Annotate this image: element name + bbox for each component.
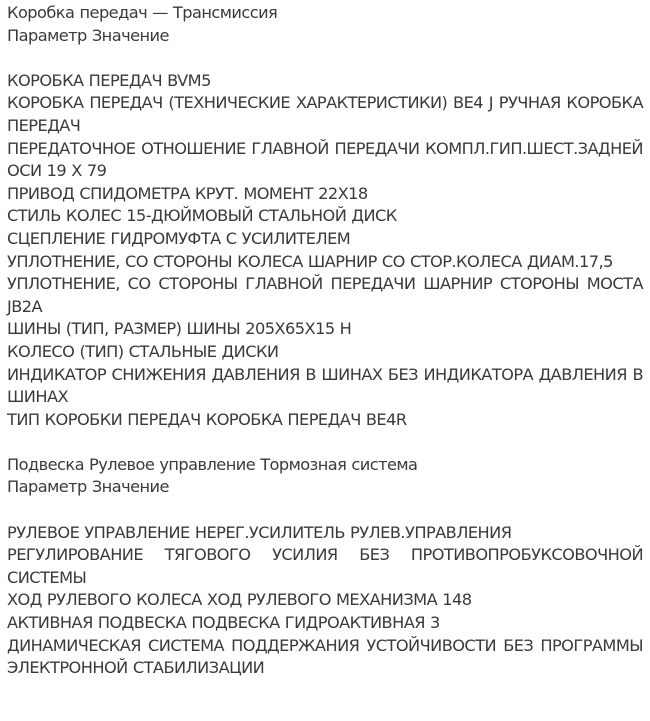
spec-row: РЕГУЛИРОВАНИЕ ТЯГОВОГО УСИЛИЯ БЕЗ ПРОТИВ…: [7, 544, 643, 589]
section-title: Коробка передач — Трансмиссия: [7, 2, 643, 25]
column-headers: Параметр Значение: [7, 476, 643, 499]
spec-row: ШИНЫ (ТИП, РАЗМЕР) ШИНЫ 205X65X15 H: [7, 318, 643, 341]
spec-row: ПРИВОД СПИДОМЕТРА КРУТ. МОМЕНТ 22X18: [7, 183, 643, 206]
spec-row: ДИНАМИЧЕСКАЯ СИСТЕМА ПОДДЕРЖАНИЯ УСТОЙЧИ…: [7, 635, 643, 680]
spec-row: РУЛЕВОЕ УПРАВЛЕНИЕ НЕРЕГ.УСИЛИТЕЛЬ РУЛЕВ…: [7, 522, 643, 545]
section-header: Подвеска Рулевое управление Тормозная си…: [7, 454, 643, 499]
document: Коробка передач — Трансмиссия Параметр З…: [7, 2, 643, 680]
spec-row: КОРОБКА ПЕРЕДАЧ (ТЕХНИЧЕСКИЕ ХАРАКТЕРИСТ…: [7, 92, 643, 137]
spec-row: СЦЕПЛЕНИЕ ГИДРОМУФТА С УСИЛИТЕЛЕМ: [7, 228, 643, 251]
spec-row: КОРОБКА ПЕРЕДАЧ BVM5: [7, 70, 643, 93]
section-suspension-steering-brakes: Подвеска Рулевое управление Тормозная си…: [7, 454, 643, 680]
section-transmission: Коробка передач — Трансмиссия Параметр З…: [7, 2, 643, 431]
section-title: Подвеска Рулевое управление Тормозная си…: [7, 454, 643, 477]
spec-row: ПЕРЕДАТОЧНОЕ ОТНОШЕНИЕ ГЛАВНОЙ ПЕРЕДАЧИ …: [7, 138, 643, 183]
column-headers: Параметр Значение: [7, 25, 643, 48]
spec-row: УПЛОТНЕНИЕ, СО СТОРОНЫ ГЛАВНОЙ ПЕРЕДАЧИ …: [7, 273, 643, 318]
spacer: [7, 499, 643, 522]
spec-row: ТИП КОРОБКИ ПЕРЕДАЧ КОРОБКА ПЕРЕДАЧ BE4R: [7, 409, 643, 432]
spec-row: ХОД РУЛЕВОГО КОЛЕСА ХОД РУЛЕВОГО МЕХАНИЗ…: [7, 589, 643, 612]
spec-row: АКТИВНАЯ ПОДВЕСКА ПОДВЕСКА ГИДРОАКТИВНАЯ…: [7, 612, 643, 635]
spec-row: УПЛОТНЕНИЕ, СО СТОРОНЫ КОЛЕСА ШАРНИР СО …: [7, 251, 643, 274]
section-header: Коробка передач — Трансмиссия Параметр З…: [7, 2, 643, 47]
spec-row: СТИЛЬ КОЛЕС 15-ДЮЙМОВЫЙ СТАЛЬНОЙ ДИСК: [7, 205, 643, 228]
spec-row: КОЛЕСО (ТИП) СТАЛЬНЫЕ ДИСКИ: [7, 341, 643, 364]
spec-row: ИНДИКАТОР СНИЖЕНИЯ ДАВЛЕНИЯ В ШИНАХ БЕЗ …: [7, 364, 643, 409]
spacer: [7, 47, 643, 70]
